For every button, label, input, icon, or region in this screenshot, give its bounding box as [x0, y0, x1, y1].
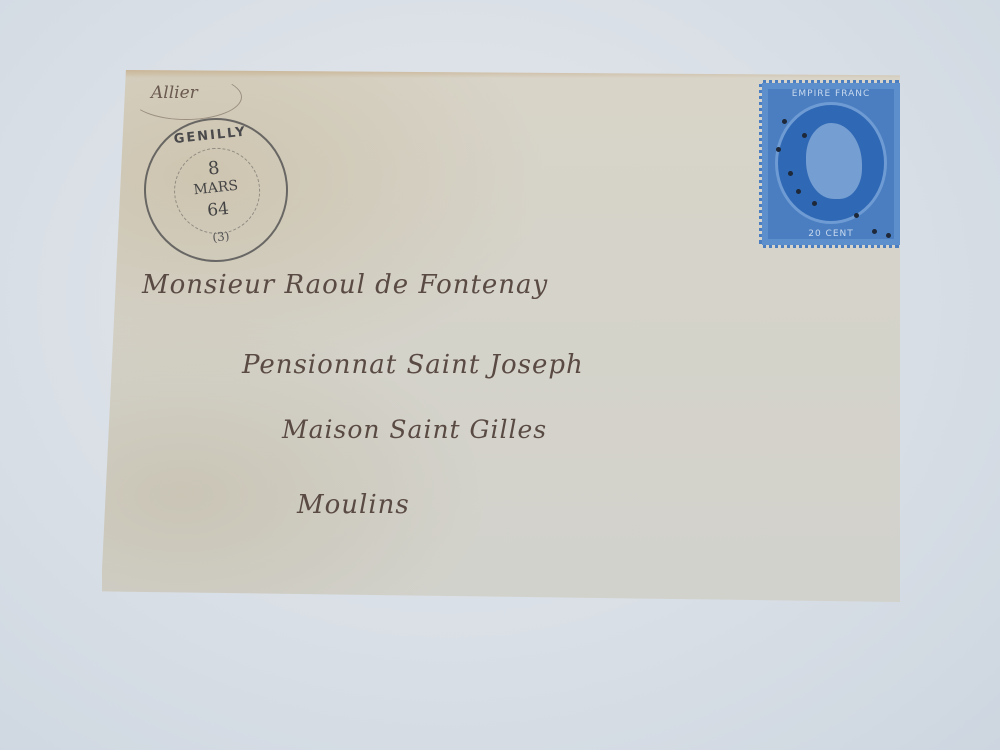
portrait-head-icon: [806, 123, 862, 199]
address-recipient: Monsieur Raoul de Fontenay: [142, 270, 548, 300]
stamp-portrait-oval: [778, 105, 884, 221]
envelope: Allier GENILLY 8 MARS 64 (3) EMPIRE FRAN…: [102, 70, 900, 602]
stamp-bottom-text: 20 CENT: [762, 229, 900, 239]
postage-stamp: EMPIRE FRANC 20 CENT: [759, 80, 903, 248]
region-label-text: Allier: [151, 83, 198, 103]
stamp-top-text: EMPIRE FRANC: [762, 89, 900, 99]
address-city: Moulins: [297, 490, 410, 520]
address-institution: Pensionnat Saint Joseph: [242, 350, 584, 380]
address-house: Maison Saint Gilles: [282, 415, 547, 444]
region-annotation: Allier: [130, 74, 242, 120]
